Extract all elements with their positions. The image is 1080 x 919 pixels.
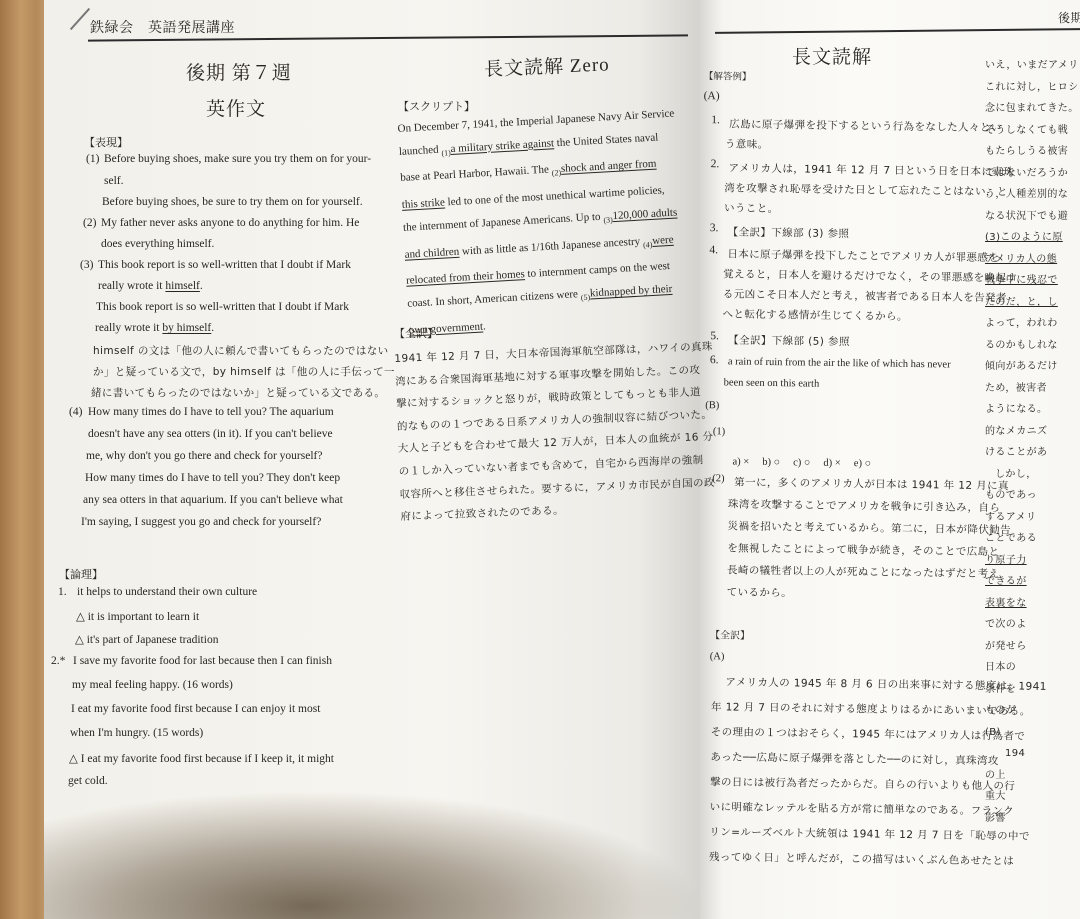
zenyaku-passage: 1941 年 12 月 7 日，大日本帝国海軍航空部隊は，ハワイの真珠 湾にある… (394, 336, 719, 529)
answer-line: been seen on this earth (724, 377, 820, 389)
ronri-line: △ I eat my favorite food first because i… (69, 751, 334, 765)
item-number: (2) (83, 217, 96, 229)
item-number: (3) (80, 259, 93, 271)
section-label-zenyaku: 【全訳】 (394, 325, 438, 341)
section-label-hyogen: 【表現】 (84, 134, 128, 150)
item-line: me, why don't you go there and check for… (86, 450, 322, 462)
b2-number: (2) (712, 473, 724, 484)
section-title-eisakubun: 英作文 (206, 94, 266, 121)
answer-line: 【全訳】下線部 (3) 参照 (728, 224, 850, 241)
item-line: does everything himself. (101, 238, 214, 250)
ronri-line: it helps to understand their own culture (77, 586, 257, 598)
item-line: Before buying shoes, make sure you try t… (104, 153, 371, 165)
item-line: How many times do I have to tell you? Th… (88, 406, 334, 418)
item-line: This book report is so well-written that… (96, 301, 349, 313)
item-line: How many times do I have to tell you? Th… (85, 472, 340, 484)
ronri-number: 2.* (51, 655, 65, 667)
item-line: My father never asks anyone to do anythi… (101, 217, 359, 229)
ronri-line: I eat my favorite food first because I c… (71, 703, 320, 715)
b1-number: (1) (713, 426, 725, 437)
section-label-kaitou: 【解答例】 (704, 68, 752, 83)
ronri-line: I save my favorite food for last because… (73, 655, 332, 667)
ronri-line: △ it's part of Japanese tradition (75, 632, 218, 646)
ronri-number: 1. (58, 586, 67, 598)
course-header-right: 後期 (1058, 9, 1080, 26)
answer-number: 2. (711, 158, 720, 170)
b1-marks: a) × b) ○ c) ○ d) × e) ○ (732, 453, 871, 470)
zenyaku-a-label: (A) (710, 651, 725, 662)
ronri-line: my meal feeling happy. (16 words) (72, 679, 233, 691)
part-b-label: (B) (705, 400, 719, 411)
note-line: 緒に書いてもらったのではないか」と疑っている文である。 (91, 385, 385, 400)
item-line: I'm saying, I suggest you go and check f… (81, 516, 321, 528)
answer-line: いうこと。 (724, 200, 779, 216)
item-line: This book report is so well-written that… (98, 259, 351, 271)
item-line: doesn't have any sea otters (in it). If … (88, 428, 333, 440)
ronri-line: △ it is important to learn it (76, 609, 199, 623)
ronri-line: get cold. (68, 775, 108, 787)
part-a-label: (A) (704, 90, 720, 102)
section-label-script: 【スクリプト】 (398, 98, 475, 114)
item-line: really wrote it by himself. (95, 322, 214, 334)
answer-line: へと転化する感情が生じてくるから。 (722, 306, 908, 324)
item-number: (4) (69, 406, 82, 418)
answer-number: 4. (709, 244, 718, 256)
week-title: 後期 第７週 (186, 58, 292, 85)
item-line: really wrote it himself. (98, 280, 203, 292)
section-title-chobun-zero: 長文読解 Zero (483, 49, 610, 81)
note-line: himself の文は「他の人に頼んで書いてもらったのではない (93, 343, 389, 358)
item-number: (1) (86, 153, 99, 165)
ronri-line: when I'm hungry. (15 words) (70, 727, 203, 739)
answer-number: 5. (710, 330, 719, 342)
b2-line: ているから。 (727, 584, 793, 600)
note-line: か」と疑っている文で，by himself は「他の人に手伝って一 (93, 364, 395, 379)
answer-number: 3. (710, 222, 719, 234)
section-label-ronri: 【論理】 (59, 566, 103, 582)
answer-number: 6. (710, 354, 719, 366)
item-line: Before buying shoes, be sure to try them… (102, 196, 363, 208)
item-line: any sea otters in that aquarium. If you … (83, 494, 343, 506)
answer-line: う意味。 (725, 136, 769, 152)
answer-number: 1. (711, 114, 720, 126)
item-line: self. (104, 175, 123, 187)
course-header: 鉄緑会 英語発展講座 (90, 17, 235, 37)
script-passage: On December 7, 1941, the Imperial Japane… (397, 103, 686, 342)
far-right-partial-column: いえ，いまだアメリ これに対し，ヒロシ 念に包まれてきた。 そうしなくても戦 も… (985, 55, 1079, 829)
section-title-chobun: 長文読解 (792, 42, 872, 69)
answer-line: 【全訳】下線部 (5) 参照 (728, 332, 850, 349)
section-label-zenyaku-right: 【全訳】 (710, 626, 750, 642)
